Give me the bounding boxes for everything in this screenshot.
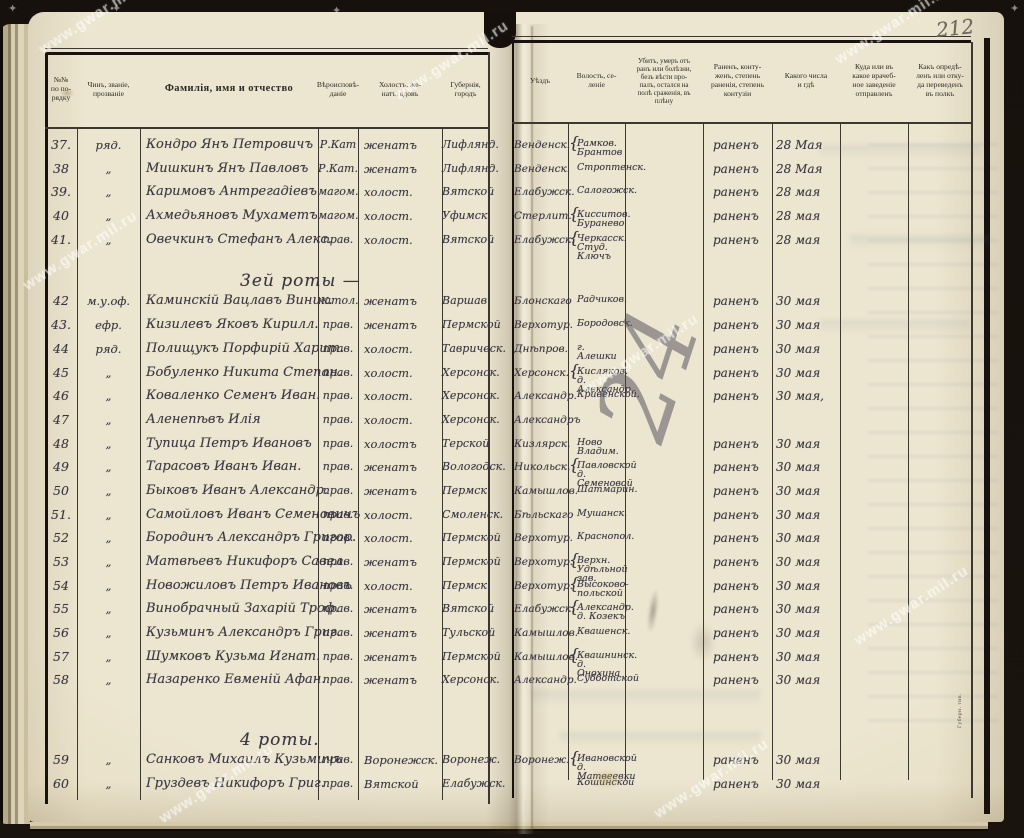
cell-enrolled [908, 506, 972, 530]
page-number-pencil: 212 [935, 14, 975, 42]
cell-religion: Р.Кат [318, 136, 358, 160]
cell-date: 30 мая [772, 316, 840, 340]
table-row: 43.ефр.Кизилевъ Яковъ Кирилл.прав.женатъ… [45, 316, 972, 340]
cell-gub: Херсонск. [442, 411, 489, 435]
cell-enrolled [908, 671, 972, 695]
cell-wounded [703, 411, 772, 435]
scanned-book-photo: №№ по по- рядкуЧинъ, званіе, прозваніеФа… [0, 0, 1024, 838]
cell-rank: „ [77, 160, 140, 184]
cell-name: Назаренко Евменій Афан. [140, 671, 318, 695]
rule-horizontal [512, 122, 971, 124]
cell-status: женатъ [358, 482, 442, 506]
cell-enrolled [908, 411, 972, 435]
paper-spot [60, 88, 74, 98]
cell-wounded: раненъ [703, 207, 772, 231]
cell-uezd: Стерлит. [512, 207, 568, 231]
cell-rank: ряд. [77, 136, 140, 160]
cell-fold [489, 529, 512, 553]
cell-status: холост. [358, 411, 442, 435]
cell-enrolled [908, 316, 972, 340]
cell-killed [625, 506, 703, 530]
cell-sent [840, 387, 908, 411]
cell-num: 55 [45, 600, 77, 624]
cell-sent [840, 316, 908, 340]
cell-religion: прав. [318, 411, 358, 435]
cell-status: холост. [358, 183, 442, 207]
cell-killed [625, 207, 703, 231]
cell-enrolled [908, 183, 972, 207]
cell-religion: Р.Кат. [318, 160, 358, 184]
column-header: Чинъ, званіе, прозваніе [77, 52, 140, 127]
cell-name: Коваленко Семенъ Иван. [140, 387, 318, 411]
cell-enrolled [908, 340, 972, 364]
cell-fold [489, 671, 512, 695]
cell-fold [489, 316, 512, 340]
cell-date: 30 мая [772, 292, 840, 316]
cell-volost: Рамков. Брантов [568, 136, 625, 160]
cell-status: холост. [358, 207, 442, 231]
cell-name: Аленепѣвъ Илія [140, 411, 318, 435]
table-row: 44ряд.Полищукъ Порфирій Харит.прав.холос… [45, 340, 972, 364]
cell-name: Быковъ Иванъ Александр. [140, 482, 318, 506]
cell-gub: Тульской [442, 624, 489, 648]
cell-uezd: Камышлов. [512, 624, 568, 648]
cell-volost: Александр. д. Козекъ [568, 600, 625, 624]
cell-killed [625, 577, 703, 601]
column-header: Вѣроисповѣ- даніе [318, 52, 358, 127]
cell-gub: Лифлянд. [442, 136, 489, 160]
cell-sent [840, 506, 908, 530]
cell-killed [625, 671, 703, 695]
cell-fold [489, 340, 512, 364]
cell-enrolled [908, 387, 972, 411]
cell-status: холост. [358, 340, 442, 364]
table-row: 58„Назаренко Евменій Афан.прав.женатъХер… [45, 671, 972, 695]
table-row: 39.„Каримовъ Антрегадіевъмагом.холост.Вя… [45, 183, 972, 207]
table-row: 50„Быковъ Иванъ Александр.прав.женатъПер… [45, 482, 972, 506]
cell-name: Новожиловъ Петръ Ивановъ [140, 577, 318, 601]
cell-num: 51. [45, 506, 77, 530]
cell-enrolled [908, 160, 972, 184]
cell-num: 47 [45, 411, 77, 435]
cell-status: женатъ [358, 624, 442, 648]
cell-rank: ряд. [77, 340, 140, 364]
cell-date: 30 мая [772, 529, 840, 553]
cell-enrolled [908, 136, 972, 160]
cell-date: 28 Мая [772, 160, 840, 184]
cell-date: 30 мая [772, 624, 840, 648]
cell-num: 48 [45, 435, 77, 459]
cell-rank: „ [77, 411, 140, 435]
cell-uezd: Александр. [512, 671, 568, 695]
cell-sent [840, 340, 908, 364]
watermark-star-icon: ✦ [8, 2, 17, 15]
cell-rank: м.у.оф. [77, 292, 140, 316]
section-row: 4 роты. [45, 695, 972, 751]
cell-status: Вятской [358, 775, 442, 799]
cell-wounded: раненъ [703, 387, 772, 411]
cell-volost: Мушанск. [568, 506, 625, 530]
watermark-star-icon: ✦ [1010, 2, 1019, 15]
cell-date: 28 мая [772, 183, 840, 207]
cell-fold [489, 207, 512, 231]
cell-date: 30 мая [772, 482, 840, 506]
watermark-star-icon: ✦ [112, 2, 121, 15]
cell-sent [840, 411, 908, 435]
cell-sent [840, 207, 908, 231]
cell-date [772, 411, 840, 435]
cell-gub: Херсонск. [442, 671, 489, 695]
cell-religion: магом. [318, 183, 358, 207]
cell-religion: прав. [318, 775, 358, 799]
cell-rank: „ [77, 482, 140, 506]
cell-uezd: Блонскаго [512, 292, 568, 316]
cell-rank: „ [77, 387, 140, 411]
cell-volost: Субботской [568, 671, 625, 695]
cell-religion: прав. [318, 671, 358, 695]
column-header: Какъ опредѣ- ленъ или отку- да переведен… [908, 40, 972, 122]
cell-num: 37. [45, 136, 77, 160]
cell-religion: прав. [318, 600, 358, 624]
cell-gub: Таврическ. [442, 340, 489, 364]
cell-killed [625, 529, 703, 553]
cell-killed [625, 482, 703, 506]
column-header: Убитъ, умеръ отъ ранъ или болѣзни, безъ … [625, 40, 703, 122]
cell-status: женатъ [358, 671, 442, 695]
cell-num: 54 [45, 577, 77, 601]
cell-status: холост. [358, 577, 442, 601]
table-header-right: УѣздъВолость, се- леніеУбитъ, умеръ отъ … [512, 40, 971, 122]
cell-name: Кондро Янъ Петровичъ [140, 136, 318, 160]
table-row: 45„Бобуленко Никита Степан.прав.холост.Х… [45, 364, 972, 388]
cell-fold [489, 506, 512, 530]
table-row: 47„Аленепѣвъ Иліяправ.холост.Херсонск.Ал… [45, 411, 972, 435]
cell-rank: „ [77, 506, 140, 530]
cell-gub: Варшав. [442, 292, 489, 316]
cell-uezd: Кизлярск. [512, 435, 568, 459]
table-row: 41.„Овечкинъ Стефанъ Алекс.прав.холост.В… [45, 231, 972, 255]
cell-killed [625, 160, 703, 184]
cell-rank: „ [77, 624, 140, 648]
cell-religion: прав. [318, 482, 358, 506]
cell-status: женатъ [358, 600, 442, 624]
printer-imprint: Губерн. тип. [957, 693, 963, 728]
cell-uezd: Венденск. [512, 136, 568, 160]
cell-gub: Пермской [442, 529, 489, 553]
cell-num: 52 [45, 529, 77, 553]
cell-rank: „ [77, 671, 140, 695]
cell-date: 30 мая [772, 340, 840, 364]
cell-num: 58 [45, 671, 77, 695]
cell-gub: Уфимск. [442, 207, 489, 231]
cell-status: женатъ [358, 316, 442, 340]
cell-sent [840, 529, 908, 553]
column-header: Какого числа и гдѣ [772, 40, 840, 122]
cell-wounded: раненъ [703, 577, 772, 601]
cell-name: Каримовъ Антрегадіевъ [140, 183, 318, 207]
cell-num: 43. [45, 316, 77, 340]
cell-uezd: Александръ [512, 411, 568, 435]
cell-name: Кузьминъ Александръ Григ. [140, 624, 318, 648]
table-row: 55„Винобрачный Захарій Троф.прав.женатъВ… [45, 600, 972, 624]
cell-rank: „ [77, 529, 140, 553]
cell-gub: Пермской [442, 316, 489, 340]
cell-killed [625, 136, 703, 160]
cell-uezd: Камышлов. [512, 482, 568, 506]
cell-name: Самойловъ Иванъ Семеновичъ [140, 506, 318, 530]
cell-rank: „ [77, 577, 140, 601]
cell-status: женатъ [358, 292, 442, 316]
cell-killed [625, 183, 703, 207]
table-row: 46„Коваленко Семенъ Иван.прав.холост.Хер… [45, 387, 972, 411]
cell-wounded: раненъ [703, 600, 772, 624]
cell-gub: Терской [442, 435, 489, 459]
cell-religion: прав. [318, 435, 358, 459]
table-row: 56„Кузьминъ Александръ Григ.прав.женатъТ… [45, 624, 972, 648]
cell-uezd: Верхотур. [512, 529, 568, 553]
cell-wounded: раненъ [703, 435, 772, 459]
cell-sent [840, 482, 908, 506]
cell-name: Винобрачный Захарій Троф. [140, 600, 318, 624]
cell-sent [840, 160, 908, 184]
cell-enrolled [908, 624, 972, 648]
cell-fold [489, 435, 512, 459]
cell-name: Кизилевъ Яковъ Кирилл. [140, 316, 318, 340]
section-label: 3ей роты — [240, 271, 361, 291]
cell-gub: Елабужск. [442, 775, 489, 799]
cell-religion: катол. [318, 292, 358, 316]
column-header: Волость, се- леніе [568, 40, 625, 122]
cell-sent [840, 183, 908, 207]
cell-num: 42 [45, 292, 77, 316]
watermark-star-icon: ✦ [332, 4, 341, 17]
table-row: 49„Тарасовъ Иванъ Иван.прав.женатъВолого… [45, 458, 972, 482]
cell-status: женатъ [358, 136, 442, 160]
cell-wounded: раненъ [703, 183, 772, 207]
cell-wounded: раненъ [703, 529, 772, 553]
cell-enrolled [908, 292, 972, 316]
cell-wounded: раненъ [703, 671, 772, 695]
cell-fold [489, 387, 512, 411]
table-row: 38„Мишкинъ Янъ ПавловъР.Кат.женатъЛифлян… [45, 160, 972, 184]
cell-sent [840, 671, 908, 695]
cell-fold [489, 577, 512, 601]
cell-num: 44 [45, 340, 77, 364]
table-row: 51.„Самойловъ Иванъ Семеновичъправ.холос… [45, 506, 972, 530]
section-label: 4 роты. [240, 730, 320, 750]
cell-sent [840, 292, 908, 316]
cell-uezd: Верхотур. [512, 316, 568, 340]
cell-gub: Вятской [442, 600, 489, 624]
rule-horizontal [512, 36, 971, 37]
cell-gub: Смоленск. [442, 506, 489, 530]
cell-date: 30 мая [772, 506, 840, 530]
cell-name: Каминскій Вацлавъ Виник. [140, 292, 318, 316]
cell-wounded: раненъ [703, 136, 772, 160]
cell-fold [489, 624, 512, 648]
cell-religion: прав. [318, 577, 358, 601]
cell-uezd: Елабужск. [512, 183, 568, 207]
cell-num: 40 [45, 207, 77, 231]
cell-religion: прав. [318, 529, 358, 553]
cell-religion: прав. [318, 340, 358, 364]
cell-uezd: Елабужск. [512, 600, 568, 624]
cell-fold [489, 292, 512, 316]
cell-fold [489, 136, 512, 160]
cell-uezd: Бѣльскаго [512, 506, 568, 530]
cell-name: Бородинъ Александръ Григор. [140, 529, 318, 553]
cell-enrolled [908, 435, 972, 459]
column-header: Уѣздъ [512, 40, 568, 122]
cell-religion: прав. [318, 506, 358, 530]
cell-wounded: раненъ [703, 292, 772, 316]
cell-rank: „ [77, 183, 140, 207]
cell-religion: прав. [318, 316, 358, 340]
rule-horizontal [45, 127, 488, 129]
table-row: 42м.у.оф.Каминскій Вацлавъ Виник.катол.ж… [45, 292, 972, 316]
cell-sent [840, 577, 908, 601]
cell-volost: Строптенск. [568, 160, 625, 184]
cell-enrolled [908, 482, 972, 506]
table-row: 37.ряд.Кондро Янъ ПетровичъР.КатженатъЛи… [45, 136, 972, 160]
cell-num: 38 [45, 160, 77, 184]
cell-wounded: раненъ [703, 506, 772, 530]
cell-date: 30 мая [772, 775, 840, 799]
cell-status: холостъ [358, 435, 442, 459]
cell-num: 50 [45, 482, 77, 506]
cell-date: 28 мая [772, 207, 840, 231]
cell-gub: Пермск. [442, 577, 489, 601]
cell-gub: Лифлянд. [442, 160, 489, 184]
column-header: Фамилія, имя и отчество [140, 52, 318, 127]
rule-vertical [984, 38, 990, 814]
cell-fold [489, 411, 512, 435]
table-row: 52„Бородинъ Александръ Григор.прав.холос… [45, 529, 972, 553]
cell-status: холост. [358, 387, 442, 411]
casualty-list-rows: 37.ряд.Кондро Янъ ПетровичъР.КатженатъЛи… [45, 136, 972, 799]
cell-uezd: Днѣпров. [512, 340, 568, 364]
cell-fold [489, 160, 512, 184]
cell-name: Полищукъ Порфирій Харит. [140, 340, 318, 364]
cell-killed [625, 600, 703, 624]
cell-rank: ефр. [77, 316, 140, 340]
rule-horizontal [45, 48, 488, 49]
cell-enrolled [908, 207, 972, 231]
cell-gub: Пермск. [442, 482, 489, 506]
cell-fold [489, 183, 512, 207]
table-row: 53„Матвѣевъ Никифоръ Савел.прав.женатъПе… [45, 553, 972, 577]
cell-wounded: раненъ [703, 482, 772, 506]
cell-volost: Шатмарин. [568, 482, 625, 506]
cell-sent [840, 435, 908, 459]
cell-uezd: Венденск. [512, 160, 568, 184]
cell-rank: „ [77, 435, 140, 459]
table-row: 48„Тупица Петръ Ивановъправ.холостъТерск… [45, 435, 972, 459]
cell-enrolled [908, 529, 972, 553]
table-row: 59„Санковъ Михаилъ Кузьмичъправ.Воронежс… [45, 751, 972, 775]
cell-date: 30 мая [772, 577, 840, 601]
cell-religion: прав. [318, 624, 358, 648]
cell-status: холост. [358, 506, 442, 530]
cell-name: Тупица Петръ Ивановъ [140, 435, 318, 459]
cell-religion: прав. [318, 387, 358, 411]
cell-wounded: раненъ [703, 160, 772, 184]
cell-name: Мишкинъ Янъ Павловъ [140, 160, 318, 184]
cell-enrolled [908, 775, 972, 799]
cell-uezd: Верхотур. [512, 577, 568, 601]
cell-num: 39. [45, 183, 77, 207]
cell-date: 30 мая [772, 435, 840, 459]
cell-date: 30 мая [772, 671, 840, 695]
cell-gub: Вятской [442, 183, 489, 207]
cell-date: 28 Мая [772, 136, 840, 160]
cell-religion: магом. [318, 207, 358, 231]
cell-num: 60 [45, 775, 77, 799]
cell-fold [489, 600, 512, 624]
cell-status: женатъ [358, 160, 442, 184]
cell-sent [840, 775, 908, 799]
table-row: 54„Новожиловъ Петръ Ивановъправ.холост.П… [45, 577, 972, 601]
cell-gub: Херсонск. [442, 387, 489, 411]
cell-rank: „ [77, 600, 140, 624]
cell-fold [489, 482, 512, 506]
cell-fold [489, 775, 512, 799]
cell-name: Ахмедьяновъ Мухаметъ [140, 207, 318, 231]
cell-rank: „ [77, 775, 140, 799]
cell-date: 30 мая, [772, 387, 840, 411]
cell-date: 30 мая [772, 600, 840, 624]
paper-stain [588, 768, 624, 790]
book-page-edges [0, 24, 30, 824]
table-row: 40„Ахмедьяновъ Мухаметъмагом.холост.Уфим… [45, 207, 972, 231]
cell-num: 46 [45, 387, 77, 411]
cell-status: холост. [358, 529, 442, 553]
section-row: 3ей роты — [45, 254, 972, 292]
cell-sent [840, 136, 908, 160]
cell-num: 56 [45, 624, 77, 648]
table-row: 57„Шумковъ Кузьма Игнат.прав.женатъПермс… [45, 648, 972, 672]
column-header: Раненъ, конту- женъ, степень раненія, ст… [703, 40, 772, 122]
cell-uezd: Александр. [512, 387, 568, 411]
paper-smudge [690, 622, 716, 662]
cell-uezd [512, 775, 568, 799]
table-header-left: №№ по по- рядкуЧинъ, званіе, прозваніеФа… [45, 52, 489, 127]
